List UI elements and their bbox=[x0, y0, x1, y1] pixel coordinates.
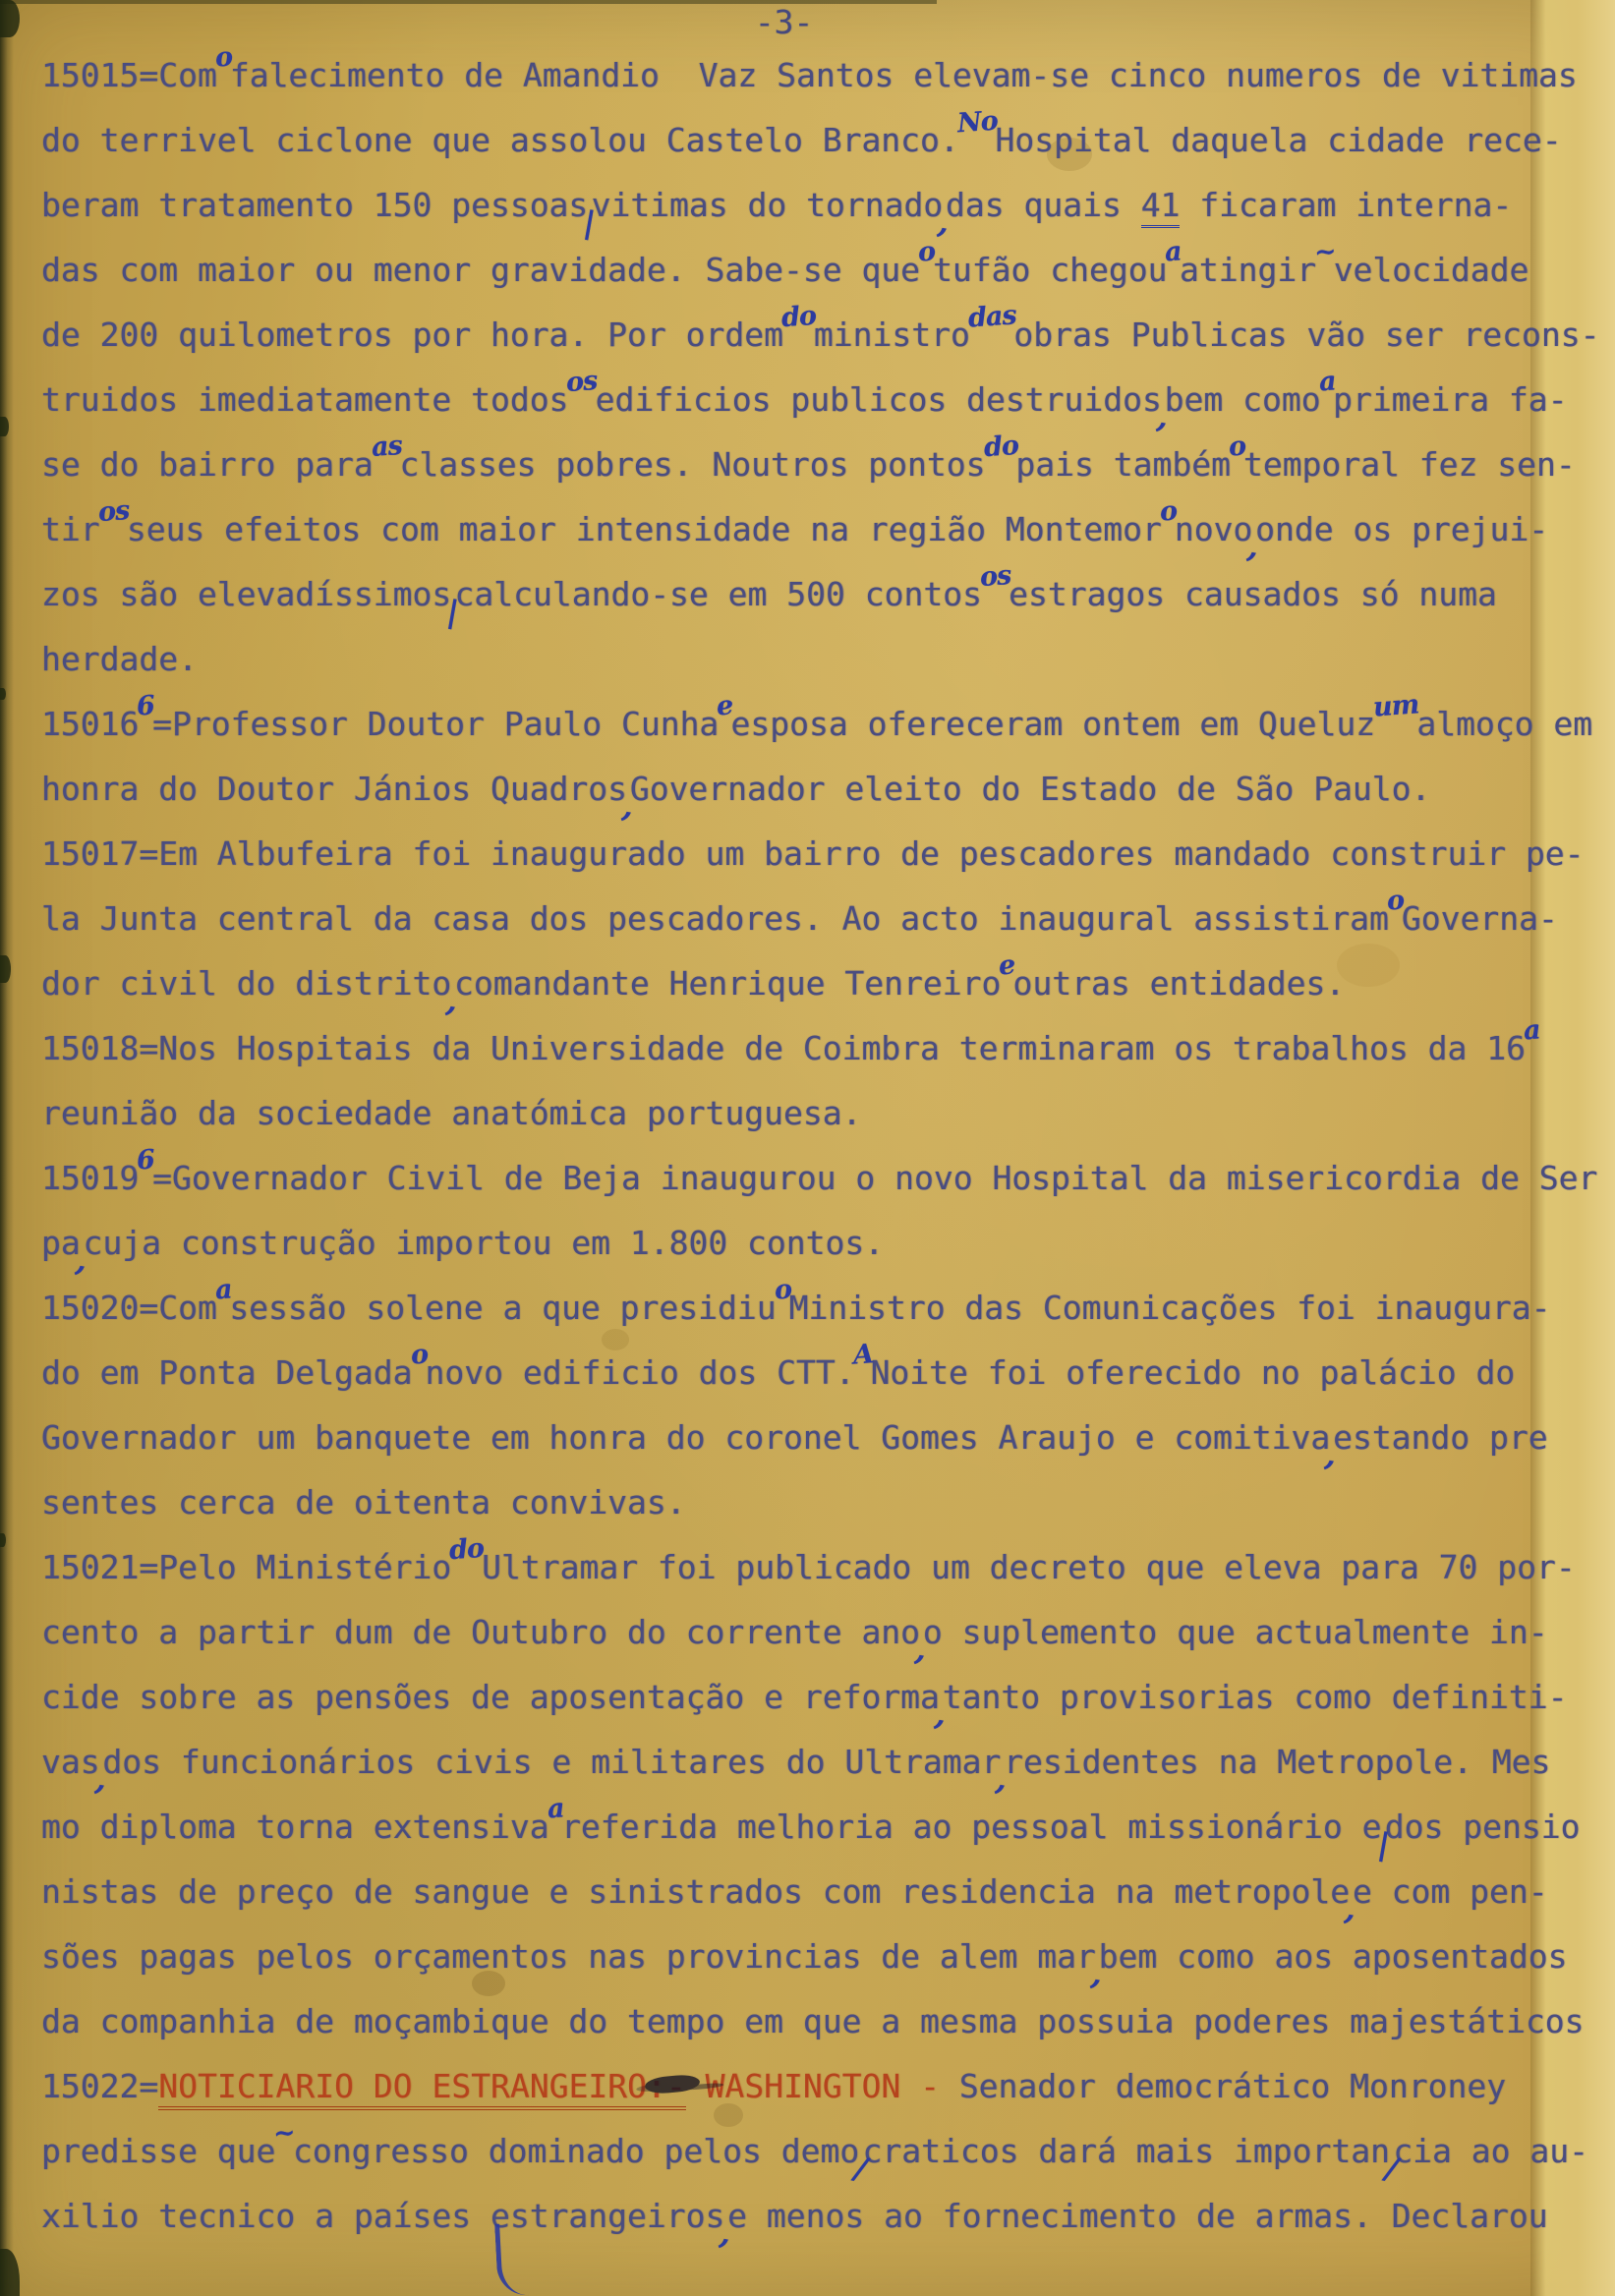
typed-text: 15018=Nos Hospitais da Universidade de C… bbox=[41, 1029, 1526, 1067]
typed-text: tanto provisorias como definiti- bbox=[943, 1678, 1568, 1716]
typed-text: primeira fa- bbox=[1333, 380, 1567, 419]
typed-text: 15022= bbox=[41, 2067, 158, 2105]
handwritten-annotation-above: a bbox=[214, 1276, 232, 1303]
typed-text: temporal fez sen- bbox=[1243, 445, 1576, 484]
handwritten-annotation-above: ~ bbox=[273, 2119, 296, 2147]
typed-text: dor civil do distrito bbox=[41, 964, 451, 1003]
typed-line: herdade. bbox=[41, 627, 1615, 692]
handwritten-annotation-above: o bbox=[1228, 432, 1246, 460]
handwritten-annotation-above: o bbox=[1159, 497, 1178, 525]
typed-text: 15020=Com bbox=[41, 1289, 217, 1327]
handwritten-annotation-above: o bbox=[410, 1341, 429, 1368]
handwritten-annotation-above: os bbox=[979, 562, 1011, 591]
handwritten-annotation-above: o bbox=[917, 238, 936, 265]
typed-line: honra do Doutor Jánios Quadros,Governado… bbox=[41, 757, 1615, 822]
typed-text: o suplemento que actualmente in- bbox=[923, 1613, 1548, 1651]
paper-left-edge bbox=[0, 0, 14, 2296]
typed-text: cia ao au- bbox=[1393, 2132, 1588, 2170]
handwritten-annotation-above: os bbox=[97, 497, 130, 526]
typed-text: ficaram interna- bbox=[1180, 186, 1512, 224]
typed-line: 15017=Em Albufeira foi inaugurado um bai… bbox=[41, 822, 1615, 887]
handwritten-annotation-above: do bbox=[983, 432, 1019, 461]
handwritten-annotation-above: e bbox=[998, 951, 1015, 979]
handwritten-annotation-above: 6 bbox=[136, 692, 155, 719]
typed-line: 15022=NOTICIARIO DO ESTRANGEIRO:- WASHIN… bbox=[41, 2054, 1615, 2119]
typed-text: congresso dominado pelos demo bbox=[293, 2132, 859, 2170]
typed-text: 15015=Com bbox=[41, 56, 217, 94]
typed-line: nistas de preço de sangue e sinistrados … bbox=[41, 1860, 1615, 1924]
handwritten-annotation-above: No bbox=[956, 108, 998, 138]
typed-text: calculando-se em 500 contos bbox=[455, 575, 982, 613]
typed-line: truidos imediatamente todososedificios p… bbox=[41, 368, 1615, 432]
typed-text: do em Ponta Delgada bbox=[41, 1353, 413, 1392]
typed-line: 15018=Nos Hospitais da Universidade de C… bbox=[41, 1016, 1615, 1081]
typed-text: nistas de preço de sangue e sinistrados … bbox=[41, 1872, 1350, 1911]
typed-text: Ministro das Comunicações foi inaugura- bbox=[789, 1289, 1551, 1327]
typed-text: reunião da sociedade anatómica portugues… bbox=[41, 1094, 861, 1132]
typed-text: pa bbox=[41, 1224, 81, 1262]
handwritten-annotation-above: e bbox=[716, 692, 733, 719]
typed-text: se do bairro para bbox=[41, 445, 374, 484]
typed-text: novo edificio dos CTT. bbox=[426, 1353, 855, 1392]
typed-text: classes pobres. Noutros pontos bbox=[399, 445, 985, 484]
typed-text: das quais bbox=[946, 186, 1141, 224]
typed-lines: 15015=Comofalecimento de Amandio Vaz San… bbox=[41, 43, 1615, 2249]
typed-text-red-underlined: NOTICIARIO DO ESTRANGEIRO:- bbox=[158, 2067, 685, 2110]
typed-text: cide sobre as pensões de aposentação e r… bbox=[41, 1678, 940, 1716]
typed-text: comandante Henrique Tenreiro bbox=[454, 964, 1001, 1003]
handwritten-annotation-above: as bbox=[371, 432, 403, 461]
typed-text: e menos ao fornecimento de armas. Declar… bbox=[727, 2197, 1547, 2235]
typed-line: tirosseus efeitos com maior intensidade … bbox=[41, 497, 1615, 562]
typed-text: Senador democrático Monroney bbox=[959, 2067, 1506, 2105]
document-page: -3- 15015=Comofalecimento de Amandio Vaz… bbox=[0, 0, 1615, 2296]
typed-text: Governador eleito do Estado de São Paulo… bbox=[630, 770, 1431, 808]
typed-text: Ultramar foi publicado um decreto que el… bbox=[482, 1548, 1576, 1586]
paper-damage-spot bbox=[0, 688, 6, 700]
typed-text: predisse que bbox=[41, 2132, 275, 2170]
typed-line: beram tratamento 150 pessoas|vitimas do … bbox=[41, 173, 1615, 238]
typed-line: dor civil do distrito,comandante Henriqu… bbox=[41, 951, 1615, 1016]
paper-damage-spot bbox=[0, 955, 11, 983]
typed-line: reunião da sociedade anatómica portugues… bbox=[41, 1081, 1615, 1146]
typed-text: cento a partir dum de Outubro do corrent… bbox=[41, 1613, 920, 1651]
typed-line: la Junta central da casa dos pescadores.… bbox=[41, 887, 1615, 951]
handwritten-annotation-above: das bbox=[967, 302, 1016, 331]
handwritten-annotation-above: a bbox=[547, 1795, 564, 1822]
typed-text: falecimento de Amandio Vaz Santos elevam… bbox=[230, 56, 1578, 94]
typed-text: dos funcionários civis e militares do Ul… bbox=[102, 1743, 1001, 1781]
handwritten-annotation-above: ~ bbox=[1313, 238, 1336, 265]
typed-line: se do bairro paraasclasses pobres. Noutr… bbox=[41, 432, 1615, 497]
typed-text: =Governador Civil de Beja inaugurou o no… bbox=[152, 1159, 1597, 1197]
typed-text: vitimas do tornado bbox=[592, 186, 944, 224]
typed-text: tufão chegou bbox=[933, 251, 1167, 289]
typed-text: esposa ofereceram ontem em Queluz bbox=[731, 705, 1376, 743]
typed-line: sentes cerca de oitenta convivas. bbox=[41, 1470, 1615, 1535]
typed-text: herdade. bbox=[41, 640, 198, 678]
handwritten-annotation-above: a bbox=[1165, 238, 1182, 265]
typed-text: craticos dará mais importan bbox=[863, 2132, 1390, 2170]
typed-line: zos são elevadíssimos|calculando-se em 5… bbox=[41, 562, 1615, 627]
handwritten-annotation-above: um bbox=[1372, 691, 1419, 720]
typed-text: estragos causados só numa bbox=[1009, 575, 1497, 613]
typed-line: pa,cuja construção importou em 1.800 con… bbox=[41, 1211, 1615, 1276]
typed-line: 15015=Comofalecimento de Amandio Vaz San… bbox=[41, 43, 1615, 108]
paper-damage-spot bbox=[0, 1533, 6, 1547]
typed-text: Hospital daquela cidade rece- bbox=[995, 121, 1561, 159]
typed-text: novo bbox=[1175, 510, 1252, 548]
typed-text: velocidade bbox=[1334, 251, 1529, 289]
typed-text: estando pre bbox=[1333, 1418, 1548, 1457]
typed-text: sões pagas pelos orçamentos nas provinci… bbox=[41, 1937, 1096, 1976]
handwritten-annotation-above: A bbox=[852, 1341, 874, 1368]
handwritten-annotation-above: o bbox=[1386, 887, 1405, 914]
handwritten-annotation-above: do bbox=[448, 1535, 485, 1564]
typed-line: 150196=Governador Civil de Beja inauguro… bbox=[41, 1146, 1615, 1211]
typed-line: do terrivel ciclone que assolou Castelo … bbox=[41, 108, 1615, 173]
handwritten-annotation-above: o bbox=[774, 1276, 792, 1303]
typed-text: outras entidades. bbox=[1013, 964, 1346, 1003]
typed-line: 15020=Comasessão solene a que presidiuoM… bbox=[41, 1276, 1615, 1341]
handwritten-annotation-above: do bbox=[780, 303, 817, 331]
handwritten-annotation-above: a bbox=[1318, 368, 1336, 395]
typed-text: residentes na Metropole. Mes bbox=[1004, 1743, 1550, 1781]
typed-text: vas bbox=[41, 1743, 100, 1781]
typed-text: mo diploma torna extensiva bbox=[41, 1808, 549, 1846]
typed-text: bem como bbox=[1165, 380, 1321, 419]
typed-line: da companhia de moçambique do tempo em q… bbox=[41, 1989, 1615, 2054]
typed-text: zos são elevadíssimos bbox=[41, 575, 451, 613]
typed-line: vas,dos funcionários civis e militares d… bbox=[41, 1730, 1615, 1795]
typed-text: de 200 quilometros por hora. Por ordem bbox=[41, 316, 783, 354]
typed-text: beram tratamento 150 pessoas bbox=[41, 186, 588, 224]
typed-text: referida melhoria ao pessoal missionário… bbox=[561, 1808, 1381, 1846]
typed-line: Governador um banquete em honra do coron… bbox=[41, 1406, 1615, 1470]
typed-text-underlined: 41 bbox=[1141, 186, 1181, 228]
typed-text: seus efeitos com maior intensidade na re… bbox=[127, 510, 1162, 548]
typed-line: 150166=Professor Doutor Paulo Cunhaeespo… bbox=[41, 692, 1615, 757]
typed-text: do terrivel ciclone que assolou Castelo … bbox=[41, 121, 959, 159]
typed-line: mo diploma torna extensivaareferida melh… bbox=[41, 1795, 1615, 1860]
typed-text: obras Publicas vão ser recons- bbox=[1013, 316, 1599, 354]
typed-text: sessão solene a que presidiu bbox=[229, 1289, 776, 1327]
handwritten-annotation-above: 6 bbox=[136, 1146, 155, 1174]
page-number: -3- bbox=[41, 0, 1615, 43]
typed-text: Noite foi oferecido no palácio do bbox=[871, 1353, 1516, 1392]
typed-text: 15019 bbox=[41, 1159, 139, 1197]
typed-text: =Professor Doutor Paulo Cunha bbox=[152, 705, 719, 743]
typed-line: cide sobre as pensões de aposentação e r… bbox=[41, 1665, 1615, 1730]
typed-text: pais também bbox=[1015, 445, 1231, 484]
typed-line: cento a partir dum de Outubro do corrent… bbox=[41, 1600, 1615, 1665]
typed-text: 15017=Em Albufeira foi inaugurado um bai… bbox=[41, 834, 1585, 873]
handwritten-annotation-above: a bbox=[1523, 1016, 1540, 1044]
typed-text: atingir bbox=[1180, 251, 1316, 289]
paper-damage-spot bbox=[0, 417, 9, 436]
typed-line: 15021=Pelo MinistériodoUltramar foi publ… bbox=[41, 1535, 1615, 1600]
typed-text: onde os prejui- bbox=[1255, 510, 1548, 548]
typed-text: Governa- bbox=[1402, 899, 1558, 938]
typed-line: predisse que~congresso dominado pelos de… bbox=[41, 2119, 1615, 2184]
paper-damage-spot bbox=[0, 0, 20, 37]
typed-text: e com pen- bbox=[1353, 1872, 1548, 1911]
typed-text: la Junta central da casa dos pescadores.… bbox=[41, 899, 1389, 938]
typed-text: das com maior ou menor gravidade. Sabe-s… bbox=[41, 251, 920, 289]
typed-text: xilio tecnico a países estrangeiros bbox=[41, 2197, 724, 2235]
typed-text: tir bbox=[41, 510, 100, 548]
typed-text: almoço em bbox=[1416, 705, 1592, 743]
typed-text: edificios publicos destruidos bbox=[596, 380, 1162, 419]
typed-text: 15016 bbox=[41, 705, 139, 743]
typed-text: Governador um banquete em honra do coron… bbox=[41, 1418, 1330, 1457]
typed-text: truidos imediatamente todos bbox=[41, 380, 568, 419]
typed-text: sentes cerca de oitenta convivas. bbox=[41, 1483, 686, 1521]
paper-damage-spot bbox=[0, 2249, 20, 2296]
typed-text: ministro bbox=[814, 316, 970, 354]
typed-line: de 200 quilometros por hora. Por ordemdo… bbox=[41, 303, 1615, 368]
typed-line: xilio tecnico a países estrangeiros,e me… bbox=[41, 2184, 1615, 2249]
typed-line: sões pagas pelos orçamentos nas provinci… bbox=[41, 1924, 1615, 1989]
typed-text-block: -3- 15015=Comofalecimento de Amandio Vaz… bbox=[41, 0, 1615, 2249]
typed-text: 15021=Pelo Ministério bbox=[41, 1548, 451, 1586]
handwritten-annotation-above: o bbox=[214, 43, 233, 71]
typed-text: dos pensio bbox=[1385, 1808, 1581, 1846]
typed-line: do em Ponta Delgadaonovo edificio dos CT… bbox=[41, 1341, 1615, 1406]
typed-text-red: WASHINGTON - bbox=[686, 2067, 959, 2105]
handwritten-annotation-above: os bbox=[566, 368, 599, 396]
pen-stroke bbox=[494, 2222, 529, 2296]
typed-line: das com maior ou menor gravidade. Sabe-s… bbox=[41, 238, 1615, 303]
typed-text: honra do Doutor Jánios Quadros bbox=[41, 770, 627, 808]
typed-text: cuja construção importou em 1.800 contos… bbox=[84, 1224, 885, 1262]
typed-text: da companhia de moçambique do tempo em q… bbox=[41, 2002, 1585, 2040]
typed-text: bem como aos aposentados bbox=[1099, 1937, 1568, 1976]
